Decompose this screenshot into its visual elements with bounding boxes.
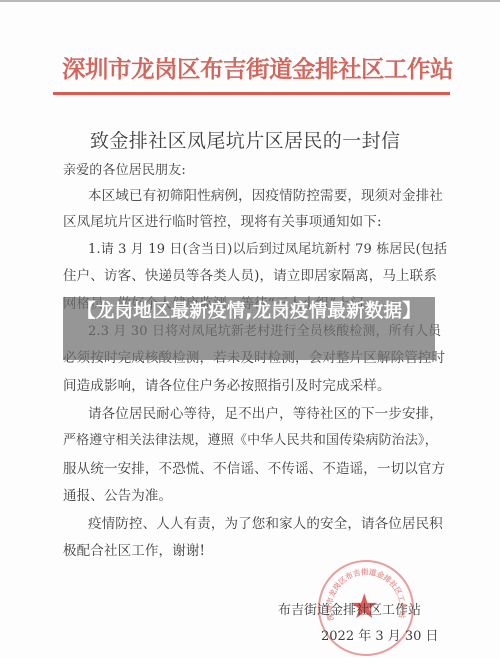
body-line: 严格遵守相关法律法规，遵照《中华人民共和国传染病防治法》， <box>63 429 438 448</box>
signature-organization: 布吉街道金排社区工作站 <box>278 599 421 618</box>
header-red-rule <box>53 92 450 95</box>
body-line: 区凤尾坑片区进行临时管控，现将有关事项通知如下: <box>63 210 382 230</box>
body-line: 疫情防控、人人有责，为了您和家人的安全，请各位居民积 <box>88 512 443 532</box>
body-line: 服从统一安排，不恐慌、不信谣、不传谣、不造谣，一切以官方 <box>63 457 445 477</box>
body-line: 本区域已有初筛阳性病例，因疫情防控需要，现须对金排社 <box>88 184 443 204</box>
organization-header: 深圳市龙岗区布吉街道金排社区工作站 <box>62 50 442 84</box>
body-line: 通报、公告为准。 <box>63 484 172 504</box>
body-line: 请各位居民耐心等待，足不出户，等待社区的下一步安排， <box>88 402 443 422</box>
caption-text: 【龙岗地区最新疫情,龙岗疫情最新数据】 <box>63 298 435 325</box>
body-line: 1.请 3 月 19 日(含当日)以后到过凤尾坑新村 79 栋居民(包括 <box>88 238 447 257</box>
body-line: 住户、访客、快递员等各类人员)，请立即居家隔离，马上联系 <box>63 264 437 284</box>
body-line: 间造成影响，请各位住户务必按照指引及时完成采样。 <box>63 374 391 394</box>
salutation: 亲爱的各位居民朋友: <box>63 159 186 178</box>
letter-title: 致金排社区凤尾坑片区居民的一封信 <box>90 126 400 153</box>
signature-date: 2022 年 3 月 30 日 <box>321 625 439 644</box>
top-border-line <box>0 0 500 2</box>
body-line: 极配合社区工作，谢谢! <box>63 539 205 559</box>
